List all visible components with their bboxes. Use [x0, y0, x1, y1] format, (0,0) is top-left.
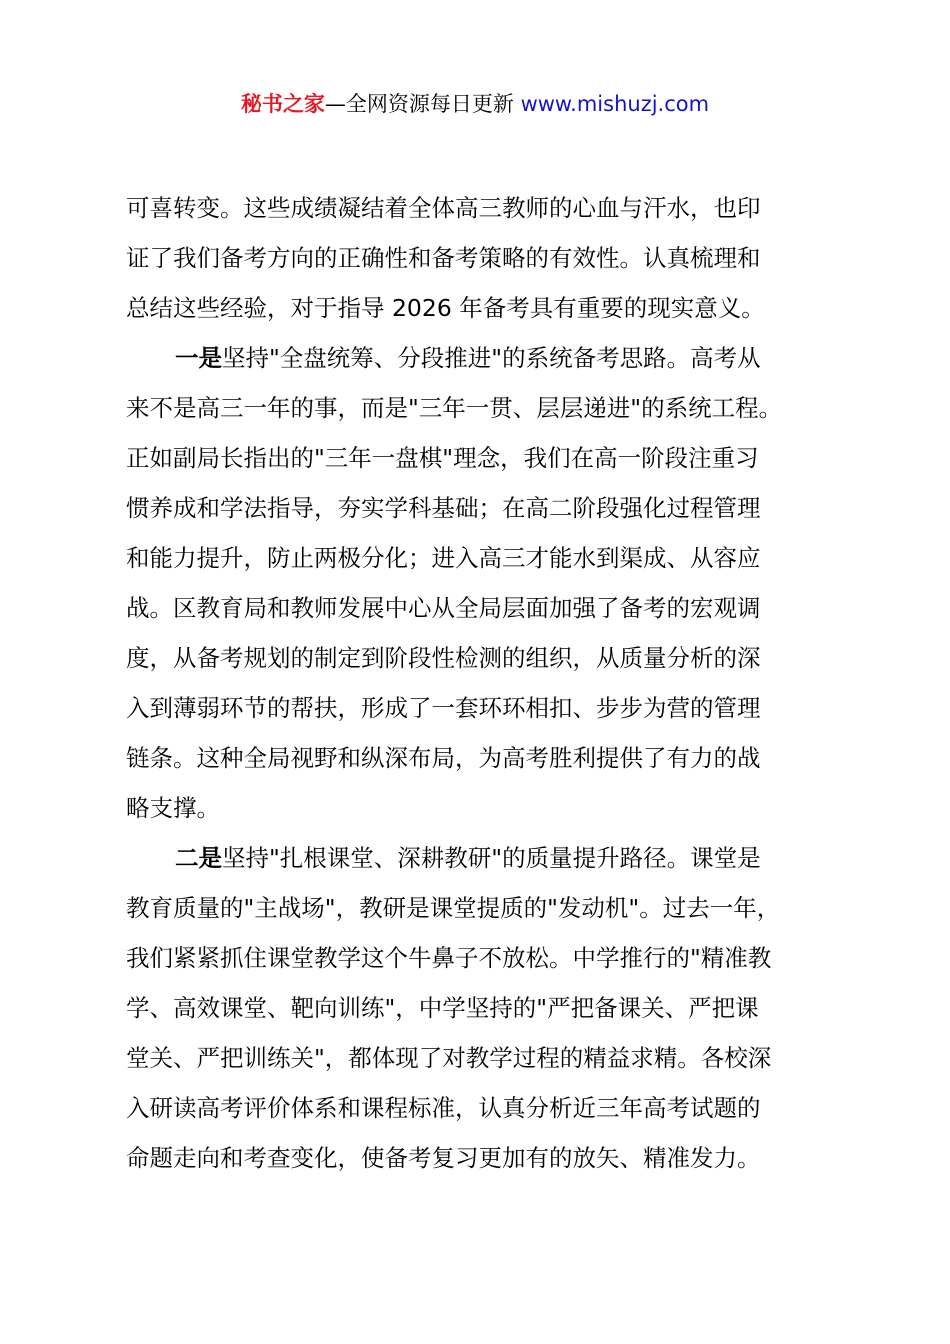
paragraph-point-one: 一是坚持"全盘统筹、分段推进"的系统备考思路。高考从 来不是高三一年的事，而是"… [126, 333, 836, 833]
text-line: 学、高效课堂、靶向训练"，中学坚持的"严把备课关、严把课 [126, 983, 836, 1033]
text-line: 惯养成和学法指导，夯实学科基础；在高二阶段强化过程管理 [126, 483, 836, 533]
text-line: 战。区教育局和教师发展中心从全局层面加强了备考的宏观调 [126, 583, 836, 633]
text-line: 略支撑。 [126, 783, 836, 833]
text-line: 入研读高考评价体系和课程标准，认真分析近三年高考试题的 [126, 1083, 836, 1133]
text-line: 总结这些经验，对于指导 2026 年备考具有重要的现实意义。 [126, 283, 836, 333]
text-line: 教育质量的"主战场"，教研是课堂提质的"发动机"。过去一年， [126, 883, 836, 933]
text-line: 证了我们备考方向的正确性和备考策略的有效性。认真梳理和 [126, 233, 836, 283]
text-line: 可喜转变。这些成绩凝结着全体高三教师的心血与汗水，也印 [126, 183, 836, 233]
text-line: 度，从备考规划的制定到阶段性检测的组织，从质量分析的深 [126, 633, 836, 683]
paragraph-continuation: 可喜转变。这些成绩凝结着全体高三教师的心血与汗水，也印 证了我们备考方向的正确性… [126, 183, 836, 333]
text-line: 我们紧紧抓住课堂教学这个牛鼻子不放松。中学推行的"精准教 [126, 933, 836, 983]
text-line: 堂关、严把训练关"，都体现了对教学过程的精益求精。各校深 [126, 1033, 836, 1083]
point-text: 坚持"扎根课堂、深耕教研"的质量提升路径。课堂是 [222, 844, 761, 872]
text-line: 命题走向和考查变化，使备考复习更加有的放矢、精准发力。 [126, 1133, 836, 1183]
point-lead: 二是 [175, 844, 222, 872]
text-line: 入到薄弱环节的帮扶，形成了一套环环相扣、步步为营的管理 [126, 683, 836, 733]
text-line-first: 二是坚持"扎根课堂、深耕教研"的质量提升路径。课堂是 [126, 833, 836, 883]
brand-name: 秘书之家 [241, 92, 325, 116]
point-lead: 一是 [175, 344, 222, 372]
page-header: 秘书之家—全网资源每日更新 www.mishuzj.com [0, 88, 950, 120]
document-body: 可喜转变。这些成绩凝结着全体高三教师的心血与汗水，也印 证了我们备考方向的正确性… [126, 183, 836, 1183]
text-line: 和能力提升，防止两极分化；进入高三才能水到渠成、从容应 [126, 533, 836, 583]
point-text: 坚持"全盘统筹、分段推进"的系统备考思路。高考从 [222, 344, 761, 372]
header-tagline: —全网资源每日更新 [325, 92, 521, 116]
text-line: 链条。这种全局视野和纵深布局，为高考胜利提供了有力的战 [126, 733, 836, 783]
text-line: 来不是高三一年的事，而是"三年一贯、层层递进"的系统工程。 [126, 383, 836, 433]
paragraph-point-two: 二是坚持"扎根课堂、深耕教研"的质量提升路径。课堂是 教育质量的"主战场"，教研… [126, 833, 836, 1183]
text-line: 正如副局长指出的"三年一盘棋"理念，我们在高一阶段注重习 [126, 433, 836, 483]
website-url[interactable]: www.mishuzj.com [521, 92, 710, 116]
text-line-first: 一是坚持"全盘统筹、分段推进"的系统备考思路。高考从 [126, 333, 836, 383]
